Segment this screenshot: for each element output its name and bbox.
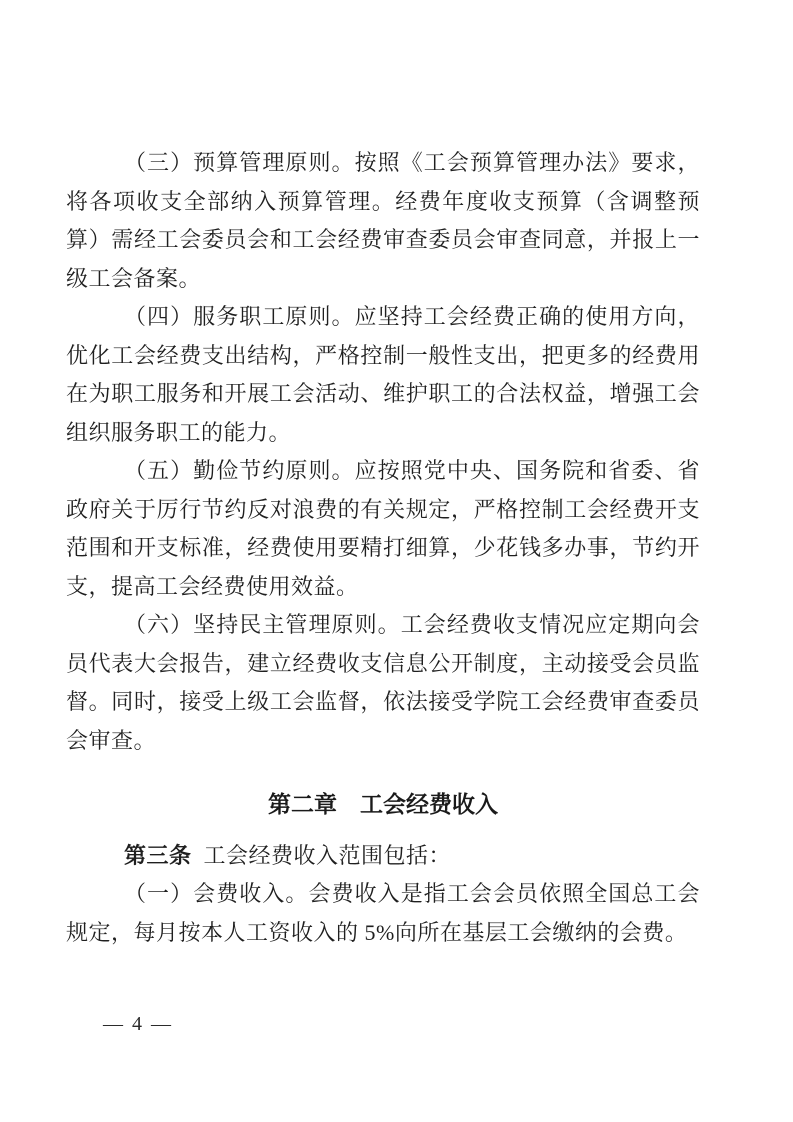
paragraph-principle-democratic: （六）坚持民主管理原则。工会经费收支情况应定期向会员代表大会报告，建立经费收支信… — [66, 606, 700, 760]
paragraph-principle-budget: （三）预算管理原则。按照《工会预算管理办法》要求，将各项收支全部纳入预算管理。经… — [66, 144, 700, 298]
paragraph-article-3: 第三条工会经费收入范围包括： — [66, 837, 700, 876]
article-number: 第三条 — [124, 843, 192, 868]
page-footer: — 4 — — [103, 1013, 173, 1036]
paragraph-item-membership-dues: （一）会费收入。会费收入是指工会会员依照全国总工会规定，每月按本人工资收入的 5… — [66, 875, 700, 952]
chapter-heading: 第二章 工会经费收入 — [66, 785, 700, 824]
page-number: — 4 — — [103, 1013, 173, 1035]
document-page: （三）预算管理原则。按照《工会预算管理办法》要求，将各项收支全部纳入预算管理。经… — [0, 0, 793, 1122]
article-text: 工会经费收入范围包括： — [204, 843, 452, 868]
document-body: （三）预算管理原则。按照《工会预算管理办法》要求，将各项收支全部纳入预算管理。经… — [66, 144, 700, 952]
paragraph-principle-serve-staff: （四）服务职工原则。应坚持工会经费正确的使用方向，优化工会经费支出结构，严格控制… — [66, 298, 700, 452]
paragraph-principle-thrift: （五）勤俭节约原则。应按照党中央、国务院和省委、省政府关于厉行节约反对浪费的有关… — [66, 452, 700, 606]
